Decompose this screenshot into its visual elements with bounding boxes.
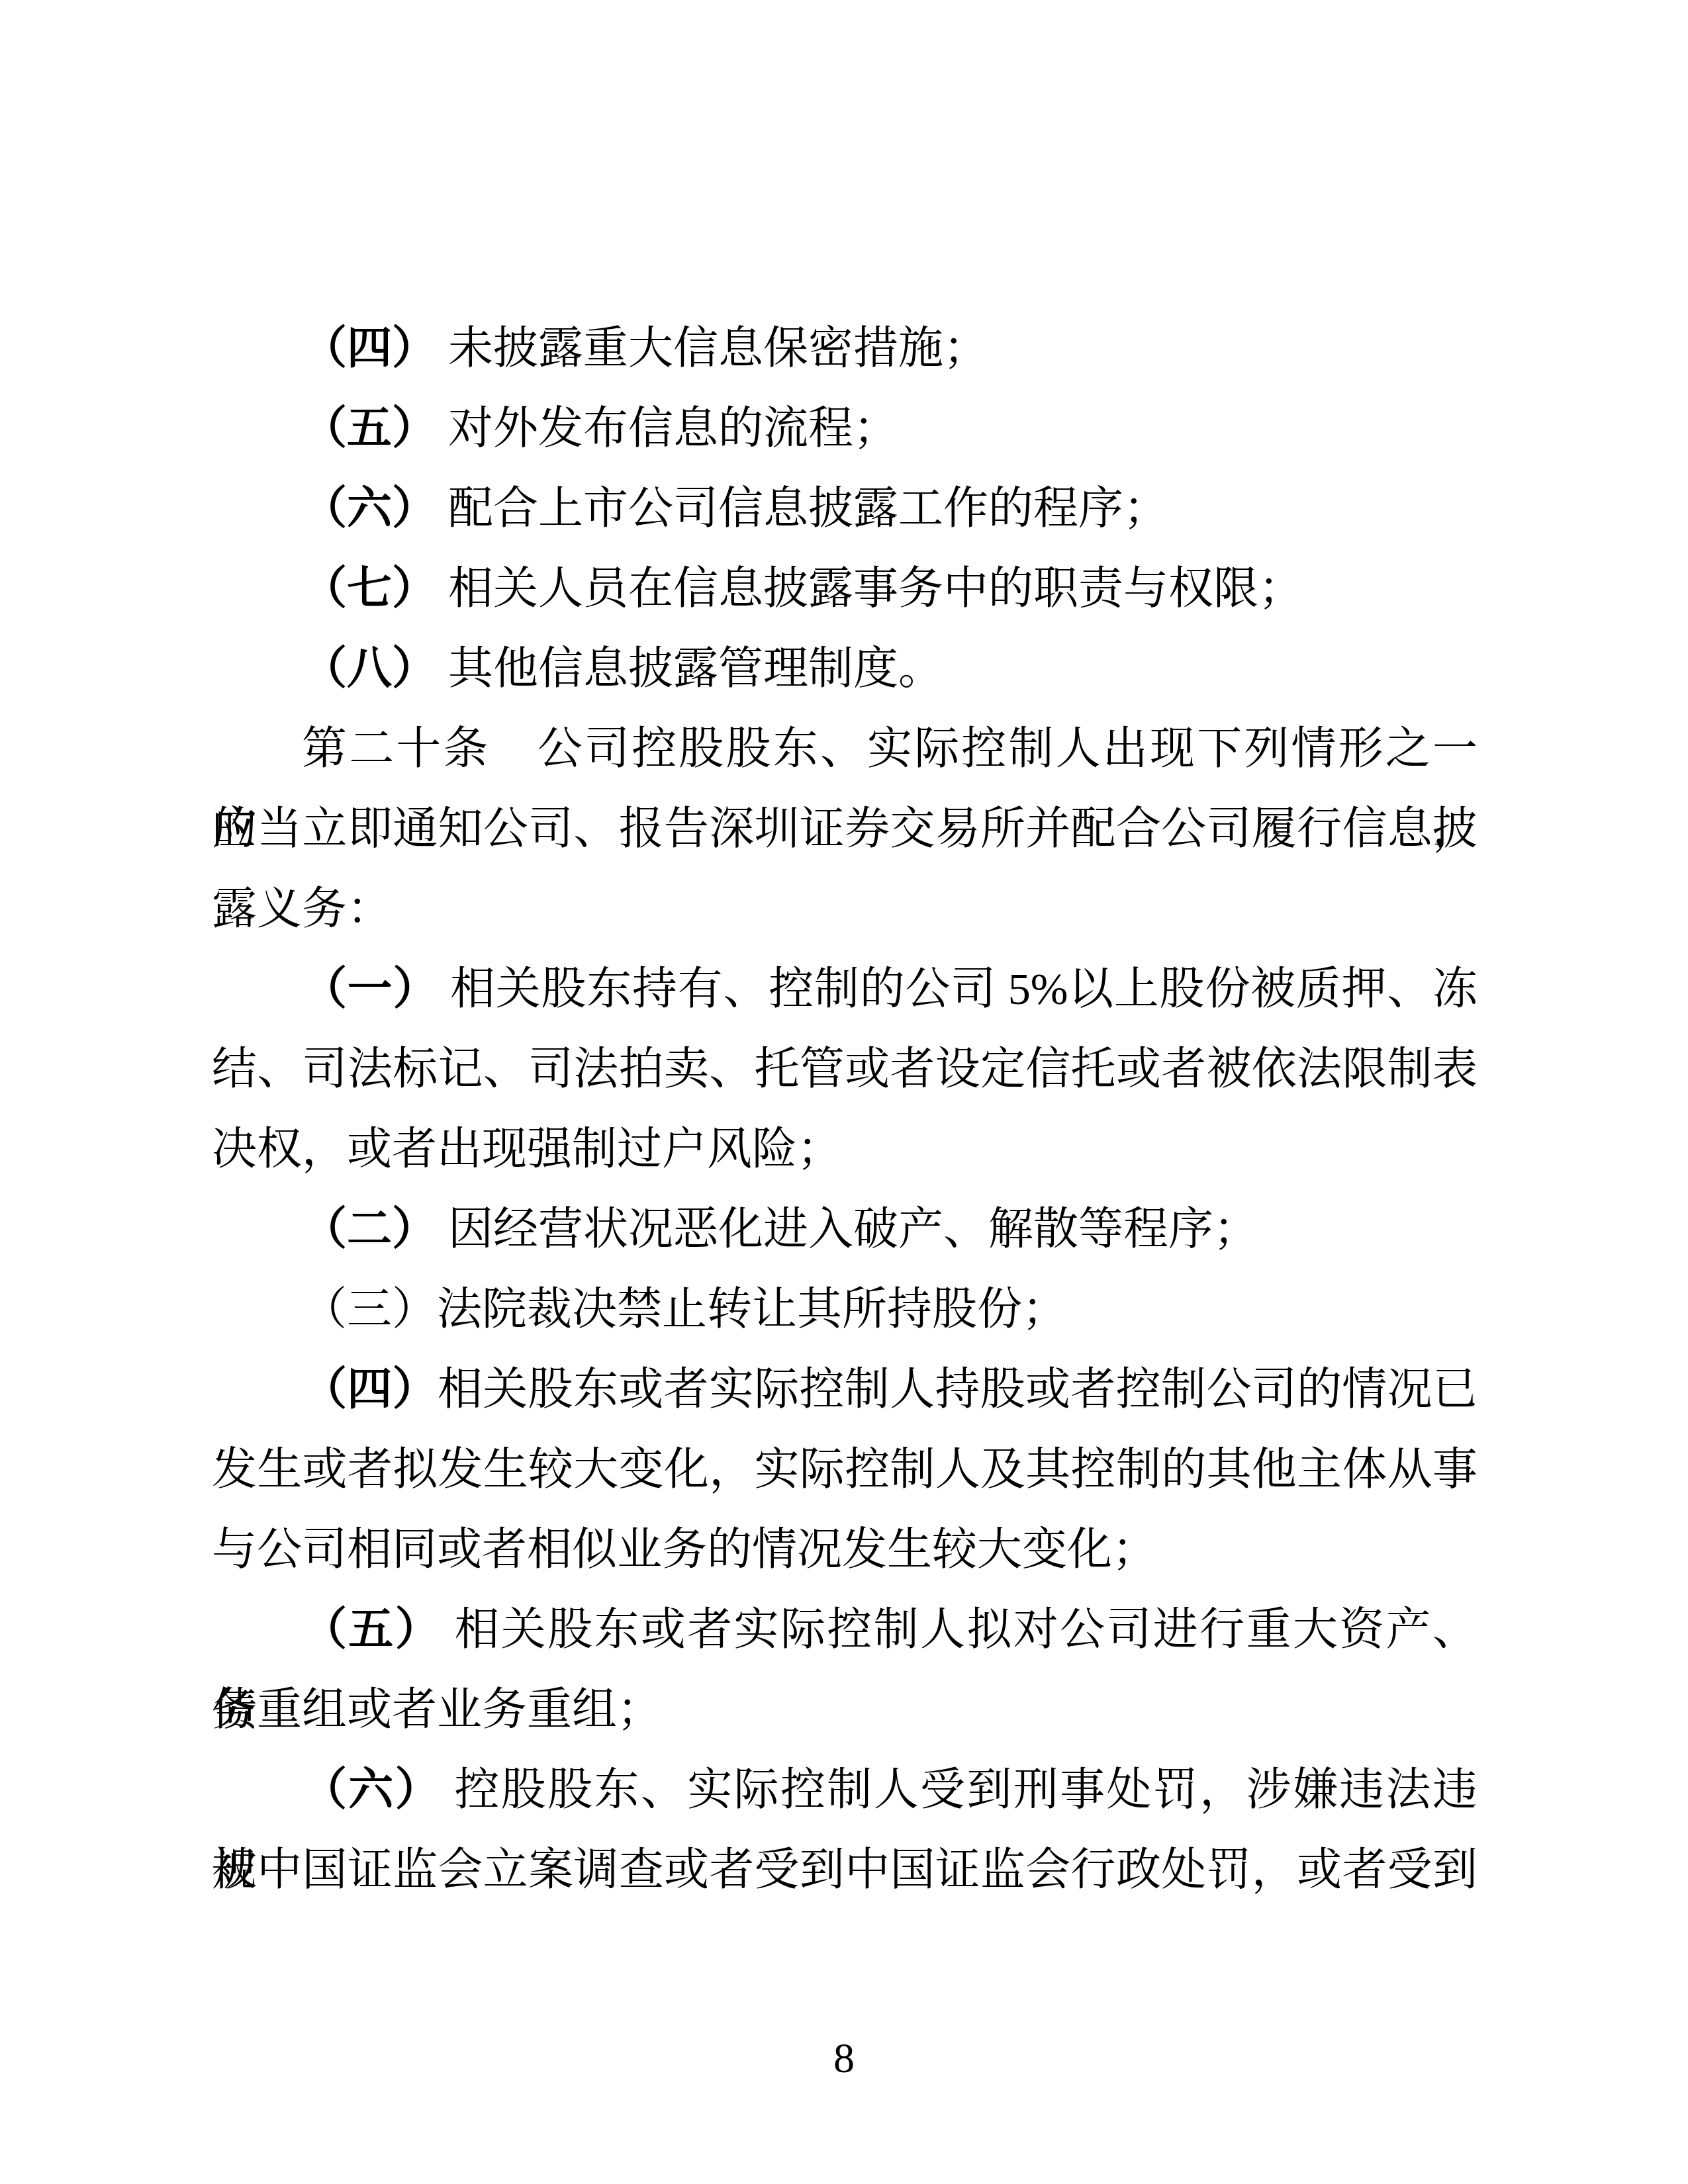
text-line: 与公司相同或者相似业务的情况发生较大变化； (212, 1510, 1477, 1590)
text-segment: 决权，或者出现强制过户风险； (212, 1124, 842, 1174)
text-line: 第二十条 公司控股股东、实际控制人出现下列情形之一的， (212, 709, 1477, 789)
text-line: （六） 配合上市公司信息披露工作的程序； (212, 469, 1477, 549)
text-segment: 相关股东或者实际控制人持股或者控制公司的情况已 (438, 1364, 1477, 1414)
text-line: 决权，或者出现强制过户风险； (212, 1109, 1477, 1189)
text-segment: （三）法院裁决禁止转让其所持股份； (302, 1284, 1067, 1334)
text-line: （八） 其他信息披露管理制度。 (212, 629, 1477, 709)
text-line: （二） 因经营状况恶化进入破产、解散等程序； (212, 1189, 1477, 1269)
text-segment: 其他信息披露管理制度。 (437, 643, 943, 694)
text-line: 发生或者拟发生较大变化，实际控制人及其控制的其他主体从事 (212, 1430, 1477, 1510)
list-item-marker: （一） (302, 964, 438, 1014)
text-line: 务重组或者业务重组； (212, 1670, 1477, 1750)
list-item-marker: （七） (302, 563, 437, 614)
list-item-marker: （六） (302, 483, 437, 533)
text-line: 露义务： (212, 869, 1477, 949)
document-page: （四） 未披露重大信息保密措施；（五） 对外发布信息的流程；（六） 配合上市公司… (0, 0, 1688, 2184)
text-segment: 相关股东持有、控制的公司 5%以上股份被质押、冻 (438, 964, 1477, 1014)
document-body: （四） 未披露重大信息保密措施；（五） 对外发布信息的流程；（六） 配合上市公司… (212, 308, 1477, 1910)
page-number: 8 (833, 2034, 855, 2081)
text-line: （四） 未披露重大信息保密措施； (212, 308, 1477, 388)
text-line: （五） 相关股东或者实际控制人拟对公司进行重大资产、债 (212, 1590, 1477, 1670)
text-segment: 第二十条 (302, 723, 491, 774)
text-line: 被中国证监会立案调查或者受到中国证监会行政处罚，或者受到 (212, 1830, 1477, 1910)
text-line: （四）相关股东或者实际控制人持股或者控制公司的情况已 (212, 1349, 1477, 1430)
list-item-marker: （八） (302, 643, 437, 694)
list-item-marker: （四） (302, 1364, 438, 1414)
text-segment: 发生或者拟发生较大变化，实际控制人及其控制的其他主体从事 (212, 1444, 1477, 1494)
list-item-marker: （五） (302, 1604, 442, 1655)
text-segment: 因经营状况恶化进入破产、解散等程序； (437, 1204, 1258, 1254)
list-item-marker: （六） (302, 1764, 442, 1815)
text-line: （七） 相关人员在信息披露事务中的职责与权限； (212, 549, 1477, 629)
text-segment: 与公司相同或者相似业务的情况发生较大变化； (212, 1524, 1157, 1574)
list-item-marker: （二） (302, 1204, 437, 1254)
list-item-marker: （四） (302, 323, 437, 373)
text-line: 应当立即通知公司、报告深圳证券交易所并配合公司履行信息披 (212, 789, 1477, 869)
list-item-marker: （五） (302, 403, 437, 453)
text-line: （五） 对外发布信息的流程； (212, 388, 1477, 469)
text-segment: 露义务： (212, 884, 392, 934)
page-footer: 8 (0, 2037, 1688, 2079)
text-segment: 未披露重大信息保密措施； (437, 323, 988, 373)
text-segment: 对外发布信息的流程； (437, 403, 898, 453)
text-segment: 被中国证监会立案调查或者受到中国证监会行政处罚，或者受到 (212, 1844, 1477, 1895)
text-segment: 结、司法标记、司法拍卖、托管或者设定信托或者被依法限制表 (212, 1044, 1477, 1094)
text-line: （一） 相关股东持有、控制的公司 5%以上股份被质押、冻 (212, 949, 1477, 1029)
text-line: （六） 控股股东、实际控制人受到刑事处罚，涉嫌违法违规 (212, 1750, 1477, 1830)
text-segment: 相关人员在信息披露事务中的职责与权限； (437, 563, 1303, 614)
text-segment: 务重组或者业务重组； (212, 1684, 662, 1735)
text-line: 结、司法标记、司法拍卖、托管或者设定信托或者被依法限制表 (212, 1029, 1477, 1109)
text-segment: 应当立即通知公司、报告深圳证券交易所并配合公司履行信息披 (212, 803, 1477, 854)
text-line: （三）法院裁决禁止转让其所持股份； (212, 1269, 1477, 1349)
text-segment: 配合上市公司信息披露工作的程序； (437, 483, 1168, 533)
